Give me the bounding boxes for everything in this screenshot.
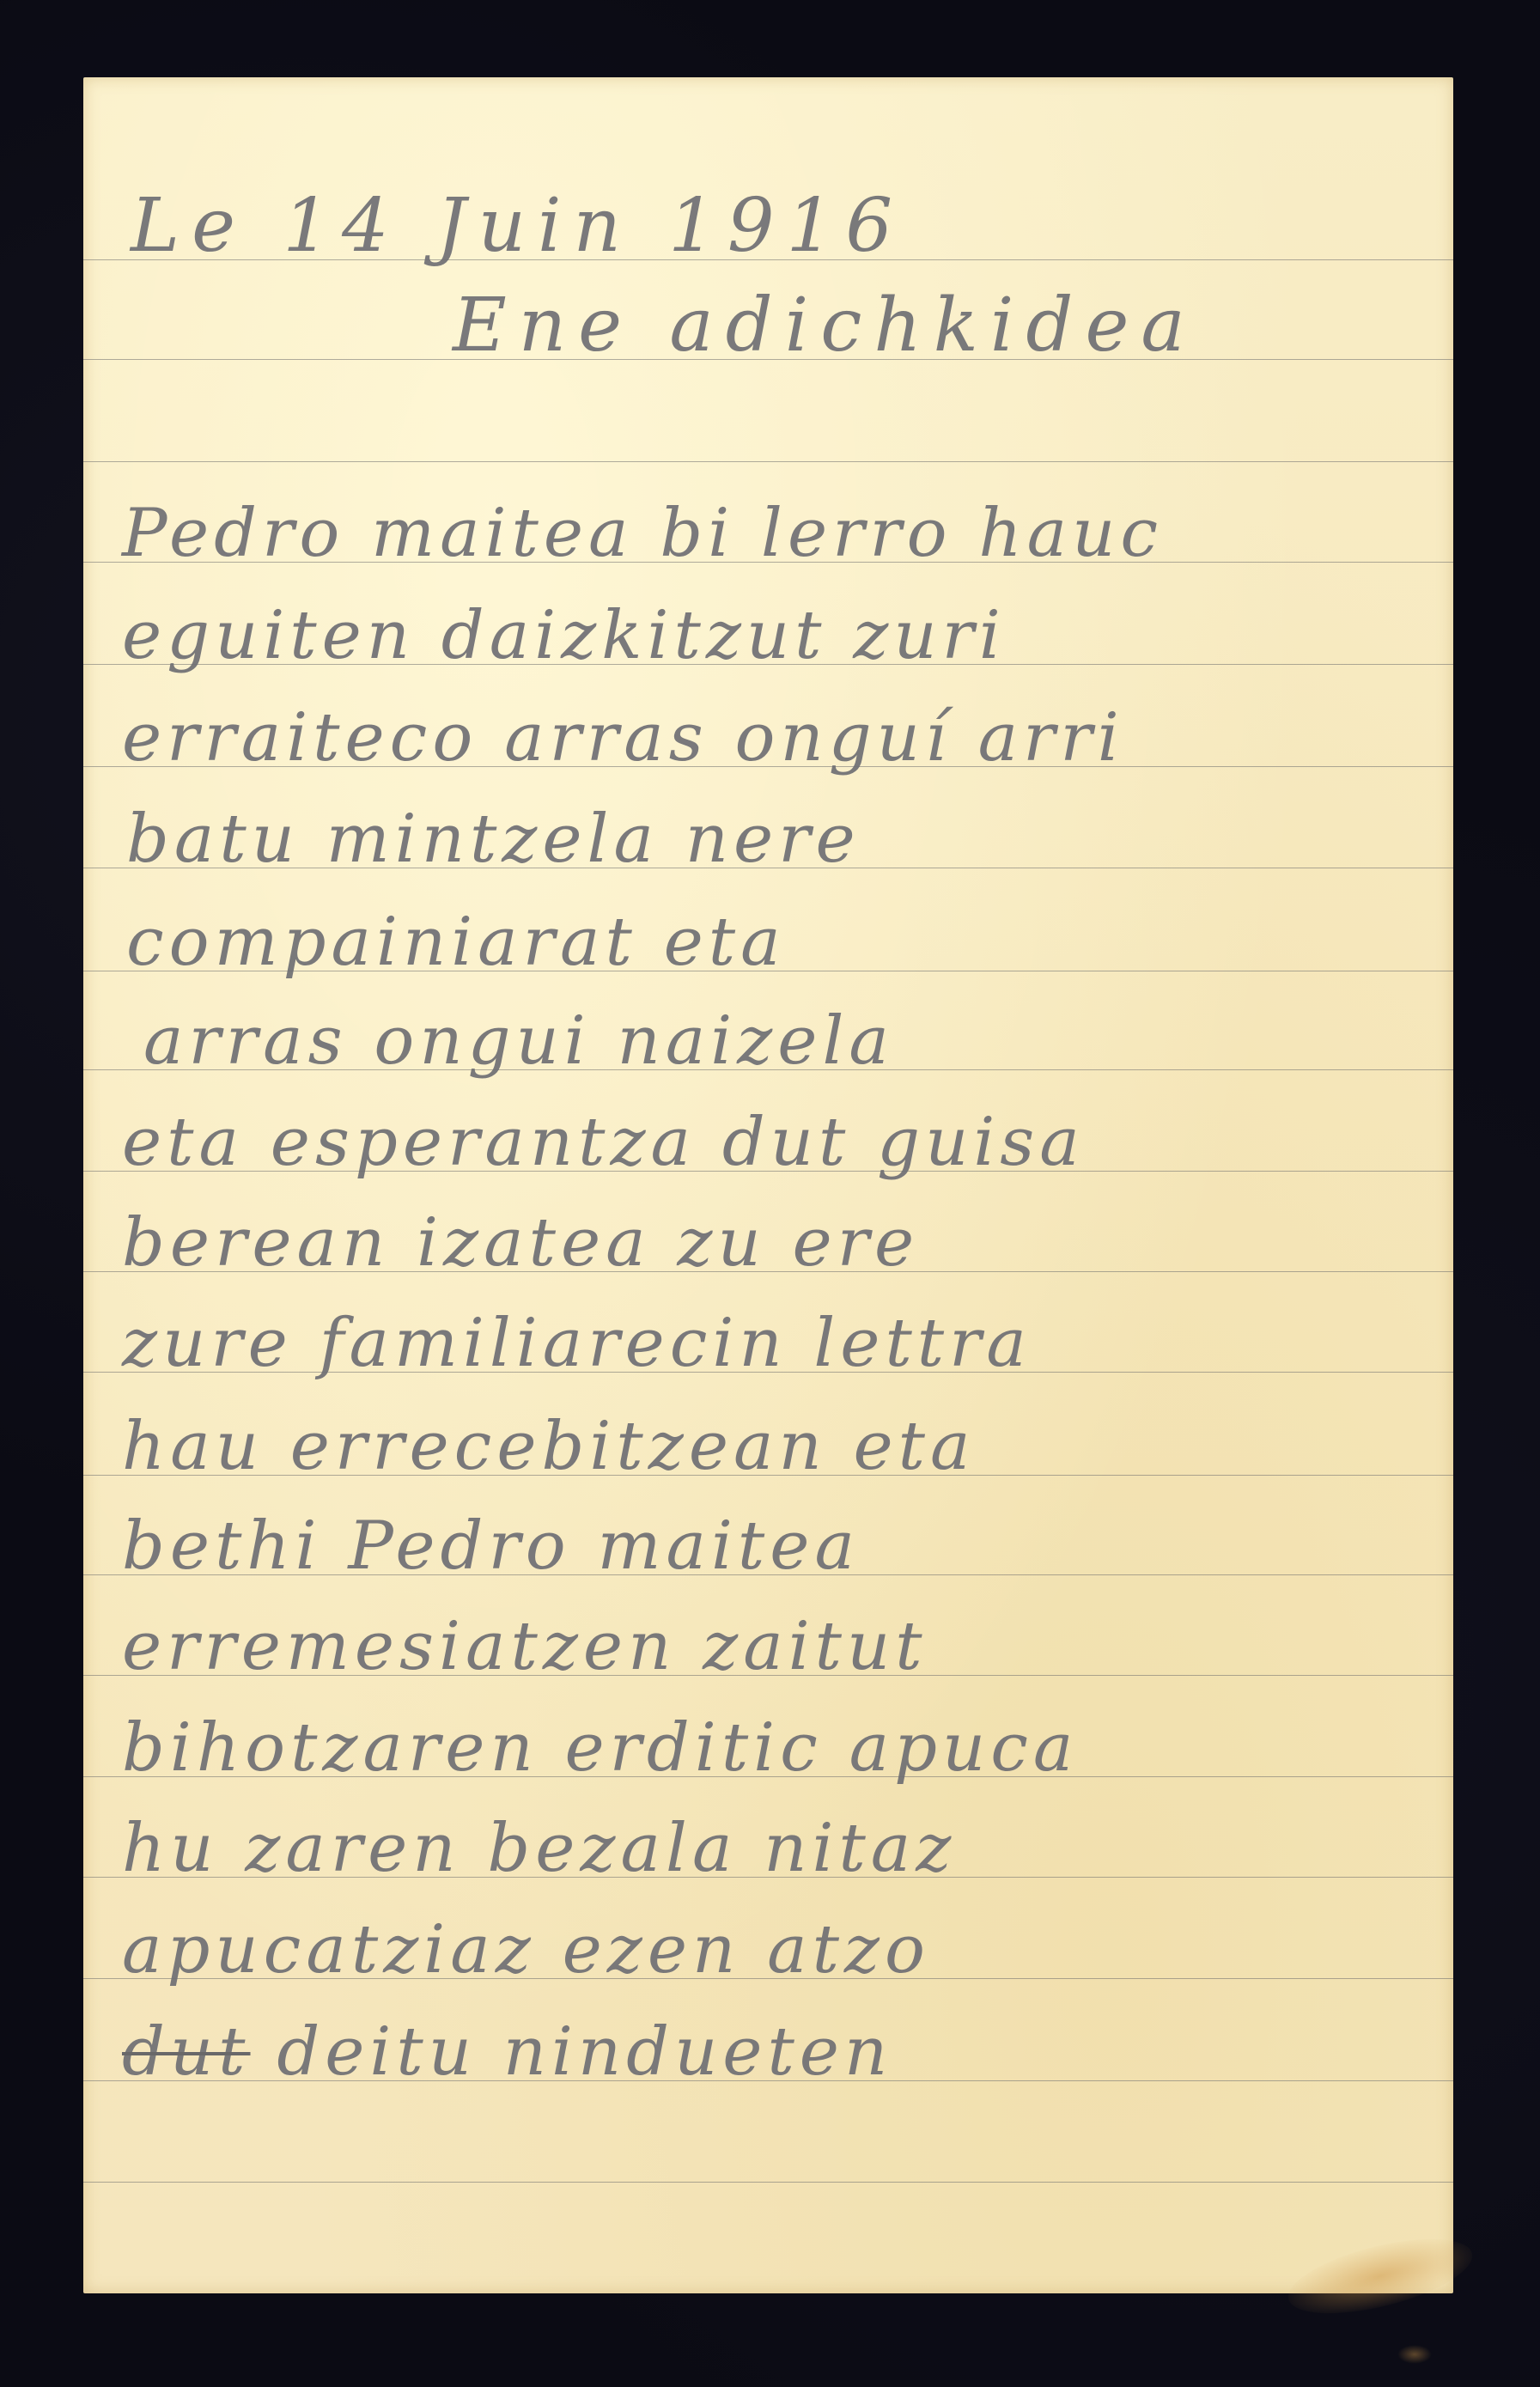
- letter-line-9: zure familiarecin lettra: [122, 1310, 1032, 1377]
- paper-stain-small: [1397, 2345, 1432, 2364]
- letter-line-10: hau errecebitzean eta: [122, 1413, 976, 1480]
- letter-line-16: dut deitu nindueten: [122, 2019, 892, 2086]
- struck-word: dut: [122, 2013, 251, 2091]
- letter-line-3: erraiteco arras onguí arri: [122, 704, 1124, 771]
- letter-line-5: compainiarat eta: [126, 909, 786, 976]
- letter-line-15: apucatziaz ezen atzo: [122, 1916, 930, 1983]
- letter-line-7: eta esperantza dut guisa: [122, 1109, 1085, 1176]
- letter-line-11: bethi Pedro maitea: [122, 1513, 860, 1580]
- letter-line-8: berean izatea zu ere: [122, 1209, 919, 1276]
- letter-line-6: arras ongui naizela: [143, 1008, 894, 1075]
- letter-line-14: hu zaren bezala nitaz: [122, 1815, 956, 1882]
- last-line-text: deitu nindueten: [277, 2013, 892, 2091]
- letter-page: Le 14 Juin 1916 Ene adichkidea Pedro mai…: [83, 77, 1453, 2293]
- letter-line-4: batu mintzela nere: [126, 806, 861, 873]
- letter-line-1: Pedro maitea bi lerro hauc: [122, 500, 1163, 567]
- salutation: Ene adichkidea: [453, 289, 1197, 362]
- letter-line-2: eguiten daizkitzut zuri: [122, 602, 1006, 669]
- dateline: Le 14 Juin 1916: [131, 189, 904, 263]
- letter-line-13: bihotzaren erditic apuca: [122, 1714, 1078, 1781]
- ruled-line: [83, 461, 1453, 462]
- ruled-line: [83, 2182, 1453, 2183]
- letter-line-12: erremesiatzen zaitut: [122, 1613, 928, 1680]
